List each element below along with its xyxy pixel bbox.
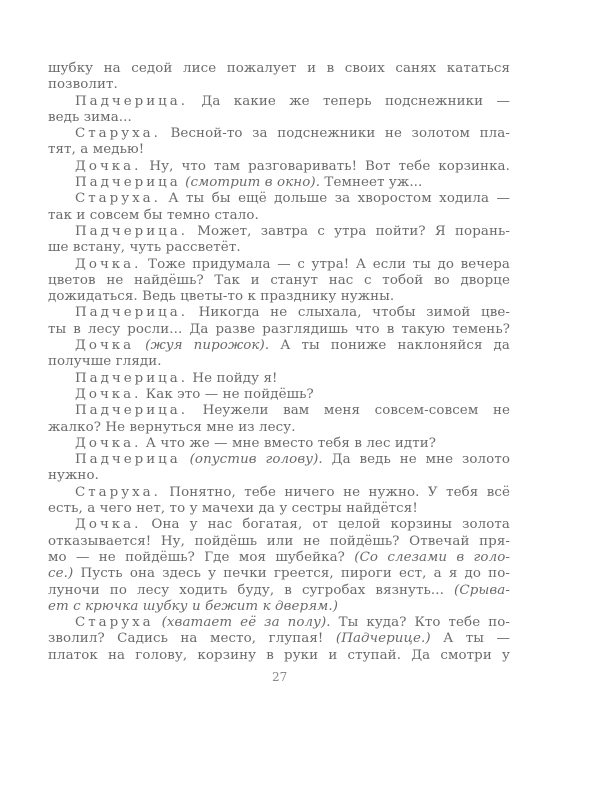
text-line: Падчерица (опустив голову). Да ведь не м… — [48, 452, 510, 468]
stage-direction: (хватает её за полу). — [162, 615, 331, 630]
dialogue-text: Тоже придумала — с утра! А если ты до ве… — [141, 257, 510, 272]
text-line: цветов не найдёшь? Так и станут нас с то… — [48, 273, 510, 289]
text-line: платок на голову, корзину в руки и ступа… — [48, 648, 510, 664]
text-line: дожидаться. Ведь цветы-то к празднику ну… — [48, 289, 510, 305]
text-line: ше встану, чуть рассветёт. — [48, 240, 510, 256]
dialogue-text: Да какие же теперь подснежники — — [188, 94, 510, 109]
text-line: позволит. — [48, 77, 510, 93]
text-line: Падчерица. Может, завтра с утра пойти? Я… — [48, 224, 510, 240]
dialogue-text — [154, 615, 162, 630]
text-line: мо — не пойдёшь? Где моя шубейка? (Со сл… — [48, 550, 510, 566]
dialogue-text: ты в лесу росли... Да разве разглядишь ч… — [48, 322, 510, 337]
text-line: ведь зима... — [48, 110, 510, 126]
dialogue-text: Не пойду я! — [188, 371, 277, 386]
text-line: так и совсем бы темно стало. — [48, 208, 510, 224]
text-line: Дочка. Ну, что там разговаривать! Вот те… — [48, 159, 510, 175]
dialogue-text: цветов не найдёшь? Так и станут нас с то… — [48, 273, 510, 288]
text-line: зволил? Садись на место, глупая! (Падчер… — [48, 631, 510, 647]
dialogue-text: луночи по лесу ходить буду, в сугробах в… — [48, 583, 454, 598]
stage-direction: (опустив голову). — [190, 452, 323, 467]
dialogue-text: Ты куда? Кто тебе по- — [331, 615, 510, 630]
dialogue-text: Да ведь не мне золото — [323, 452, 510, 467]
text-line: Старуха. А ты бы ещё дольше за хворостом… — [48, 191, 510, 207]
dialogue-text: Как это — не пойдёшь? — [141, 387, 313, 402]
text-line: Старуха (хватает её за полу). Ты куда? К… — [48, 615, 510, 631]
text-line: Дочка (жуя пирожок). А ты пониже наклоня… — [48, 338, 510, 354]
speaker-name: Старуха. — [75, 191, 161, 206]
dialogue-text: платок на голову, корзину в руки и ступа… — [48, 648, 510, 663]
dialogue-text: мо — не пойдёшь? Где моя шубейка? — [48, 550, 354, 565]
dialogue-text: тят, а медью! — [48, 142, 144, 157]
dialogue-text — [181, 452, 190, 467]
dialogue-text: Никогда не слыхала, чтобы зимой цве- — [188, 305, 510, 320]
text-line: нужно. — [48, 468, 510, 484]
speaker-name: Дочка. — [75, 517, 141, 532]
dialogue-text: дожидаться. Ведь цветы-то к празднику ну… — [48, 289, 394, 304]
dialogue-text: так и совсем бы темно стало. — [48, 208, 259, 223]
dialogue-text: ше встану, чуть рассветёт. — [48, 240, 241, 255]
text-line: Падчерица. Неужели вам меня совсем-совсе… — [48, 403, 510, 419]
speaker-name: Дочка. — [75, 387, 141, 402]
stage-direction: се.) — [48, 566, 73, 581]
dialogue-text — [134, 338, 145, 353]
speaker-name: Старуха. — [75, 126, 161, 141]
stage-direction: (смотрит в окно). — [185, 175, 320, 190]
dialogue-text: Ну, что там разговаривать! Вот тебе корз… — [141, 159, 510, 174]
text-line: отказывается! Ну, пойдёшь или не пойдёшь… — [48, 534, 510, 550]
speaker-name: Падчерица. — [75, 305, 188, 320]
text-line: ты в лесу росли... Да разве разглядишь ч… — [48, 322, 510, 338]
speaker-name: Дочка. — [75, 257, 141, 272]
speaker-name: Старуха. — [75, 485, 161, 500]
stage-direction: (Со слезами в голо- — [354, 550, 510, 565]
dialogue-text: А ты — — [431, 631, 510, 646]
text-line: Старуха. Понятно, тебе ничего не нужно. … — [48, 485, 510, 501]
dialogue-text: Неужели вам меня совсем-совсем не — [188, 403, 510, 418]
stage-direction: (жуя пирожок). — [145, 338, 269, 353]
stage-direction: (Срыва- — [454, 583, 510, 598]
dialogue-text: А ты бы ещё дольше за хворостом ходила — — [161, 191, 510, 206]
dialogue-text: нужно. — [48, 468, 99, 483]
dialogue-text: Весной-то за подснежники не золотом пла- — [161, 126, 510, 141]
text-line: ет с крючка шубку и бежит к дверям.) — [48, 599, 510, 615]
text-line: се.) Пусть она здесь у печки греется, пи… — [48, 566, 510, 582]
dialogue-text: шубку на седой лисе пожалует и в своих с… — [48, 61, 510, 76]
text-line: тят, а медью! — [48, 142, 510, 158]
speaker-name: Падчерица. — [75, 371, 188, 386]
text-line: Падчерица (смотрит в окно). Темнеет уж..… — [48, 175, 510, 191]
dialogue-text: А ты пониже наклоняйся да — [269, 338, 510, 353]
dialogue-text: Понятно, тебе ничего не нужно. У тебя вс… — [161, 485, 510, 500]
speaker-name: Дочка. — [75, 159, 141, 174]
text-line: Дочка. А что же — мне вместо тебя в лес … — [48, 436, 510, 452]
text-line: Дочка. Она у нас богатая, от целой корзи… — [48, 517, 510, 533]
dialogue-text: есть, а чего нет, то у мачехи да у сестр… — [48, 501, 418, 516]
dialogue-text: Может, завтра с утра пойти? Я порань- — [188, 224, 510, 239]
stage-direction: (Падчерице.) — [336, 631, 431, 646]
text-line: Падчерица. Никогда не слыхала, чтобы зим… — [48, 305, 510, 321]
speaker-name: Падчерица. — [75, 403, 188, 418]
text-line: получше гляди. — [48, 354, 510, 370]
text-line: Старуха. Весной-то за подснежники не зол… — [48, 126, 510, 142]
text-line: Падчерица. Не пойду я! — [48, 371, 510, 387]
dialogue-text: позволит. — [48, 77, 118, 92]
text-line: есть, а чего нет, то у мачехи да у сестр… — [48, 501, 510, 517]
page-number: 27 — [272, 670, 287, 684]
speaker-name: Падчерица — [75, 175, 181, 190]
dialogue-text: получше гляди. — [48, 354, 162, 369]
stage-direction: ет с крючка шубку и бежит к дверям.) — [48, 599, 338, 614]
dialogue-text: Темнеет уж... — [320, 175, 422, 190]
dialogue-text: ведь зима... — [48, 110, 132, 125]
text-line: Дочка. Как это — не пойдёшь? — [48, 387, 510, 403]
speaker-name: Дочка. — [75, 436, 141, 451]
speaker-name: Падчерица — [75, 452, 181, 467]
text-line: шубку на седой лисе пожалует и в своих с… — [48, 61, 510, 77]
text-line: луночи по лесу ходить буду, в сугробах в… — [48, 583, 510, 599]
speaker-name: Старуха — [75, 615, 154, 630]
dialogue-text: зволил? Садись на место, глупая! — [48, 631, 336, 646]
speaker-name: Дочка — [75, 338, 134, 353]
text-line: жалко? Не вернуться мне из лесу. — [48, 420, 510, 436]
dialogue-text: А что же — мне вместо тебя в лес идти? — [141, 436, 436, 451]
dialogue-text: отказывается! Ну, пойдёшь или не пойдёшь… — [48, 534, 510, 549]
speaker-name: Падчерица. — [75, 94, 188, 109]
speaker-name: Падчерица. — [75, 224, 188, 239]
dialogue-text: жалко? Не вернуться мне из лесу. — [48, 420, 296, 435]
text-line: Падчерица. Да какие же теперь подснежник… — [48, 94, 510, 110]
dialogue-text: Она у нас богатая, от целой корзины золо… — [141, 517, 510, 532]
page-body: шубку на седой лисе пожалует и в своих с… — [48, 61, 510, 664]
dialogue-text: Пусть она здесь у печки греется, пироги … — [73, 566, 510, 581]
text-line: Дочка. Тоже придумала — с утра! А если т… — [48, 257, 510, 273]
